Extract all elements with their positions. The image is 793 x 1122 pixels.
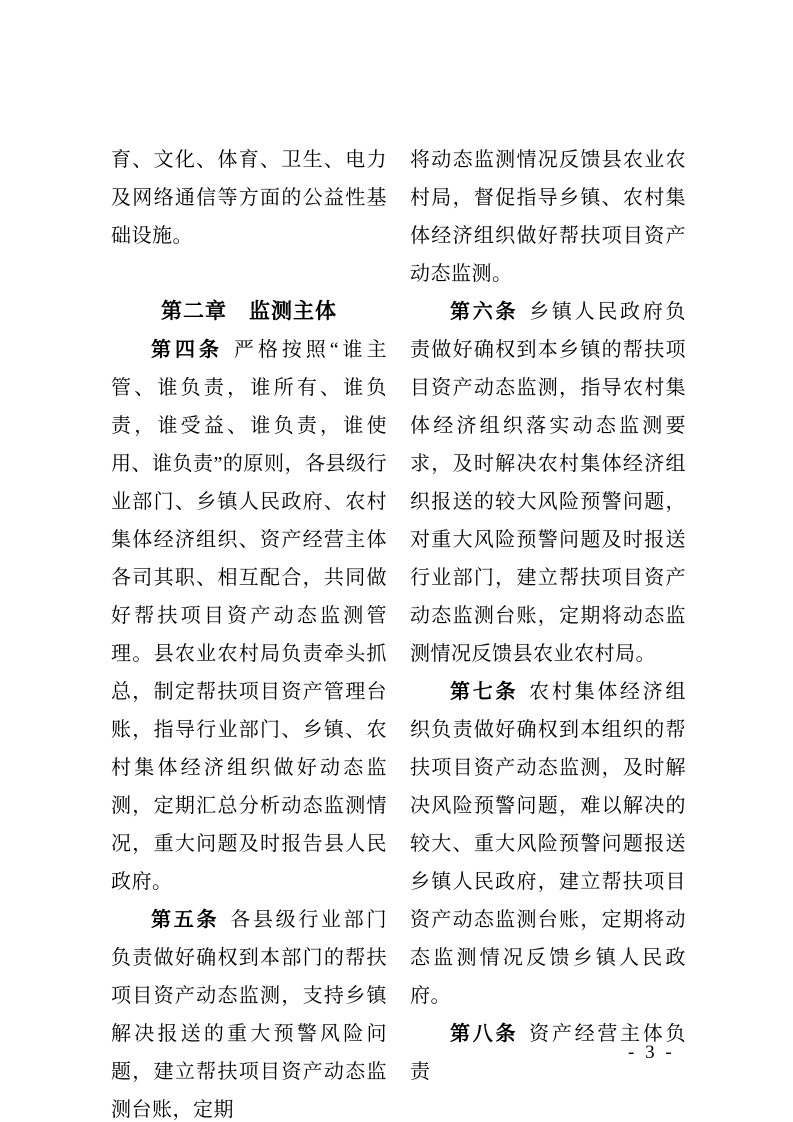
article-label-8: 第八条 [450, 1023, 518, 1045]
article-label-7: 第七条 [450, 681, 518, 703]
article-label-5: 第五条 [151, 909, 219, 931]
document-page: 育、文化、体育、卫生、电力及网络通信等方面的公益性基础设施。 第二章 监测主体 … [0, 0, 793, 1122]
article-text-4: 严格按照“谁主管、谁负责，谁所有、谁负责，谁受益、谁负责，谁使用、谁负责”的原则… [111, 339, 387, 893]
article-text-6: 乡镇人民政府负责做好确权到本乡镇的帮扶项目资产动态监测，指导农村集体经济组织落实… [410, 301, 686, 665]
article-paragraph-4: 第四条严格按照“谁主管、谁负责，谁所有、谁负责，谁受益、谁负责，谁使用、谁负责”… [111, 331, 387, 901]
column-right: 将动态监测情况反馈县农业农村局，督促指导乡镇、农村集体经济组织做好帮扶项目资产动… [410, 141, 686, 1091]
article-label-6: 第六条 [450, 301, 518, 323]
article-text-7: 农村集体经济组织负责做好确权到本组织的帮扶项目资产动态监测，及时解决风险预警问题… [410, 681, 686, 1007]
article-label-4: 第四条 [151, 339, 223, 361]
continuation-paragraph: 将动态监测情况反馈县农业农村局，督促指导乡镇、农村集体经济组织做好帮扶项目资产动… [410, 141, 686, 293]
page-number: - 3 - [628, 1042, 675, 1064]
article-paragraph-7: 第七条农村集体经济组织负责做好确权到本组织的帮扶项目资产动态监测，及时解决风险预… [410, 673, 686, 1015]
article-paragraph-5: 第五条各县级行业部门负责做好确权到本部门的帮扶项目资产动态监测，支持乡镇解决报送… [111, 901, 387, 1122]
article-text-5: 各县级行业部门负责做好确权到本部门的帮扶项目资产动态监测，支持乡镇解决报送的重大… [111, 909, 387, 1121]
article-paragraph-6: 第六条乡镇人民政府负责做好确权到本乡镇的帮扶项目资产动态监测，指导农村集体经济组… [410, 293, 686, 673]
column-left: 育、文化、体育、卫生、电力及网络通信等方面的公益性基础设施。 第二章 监测主体 … [111, 141, 387, 1122]
chapter-heading: 第二章 监测主体 [111, 293, 387, 331]
continuation-paragraph: 育、文化、体育、卫生、电力及网络通信等方面的公益性基础设施。 [111, 141, 387, 255]
